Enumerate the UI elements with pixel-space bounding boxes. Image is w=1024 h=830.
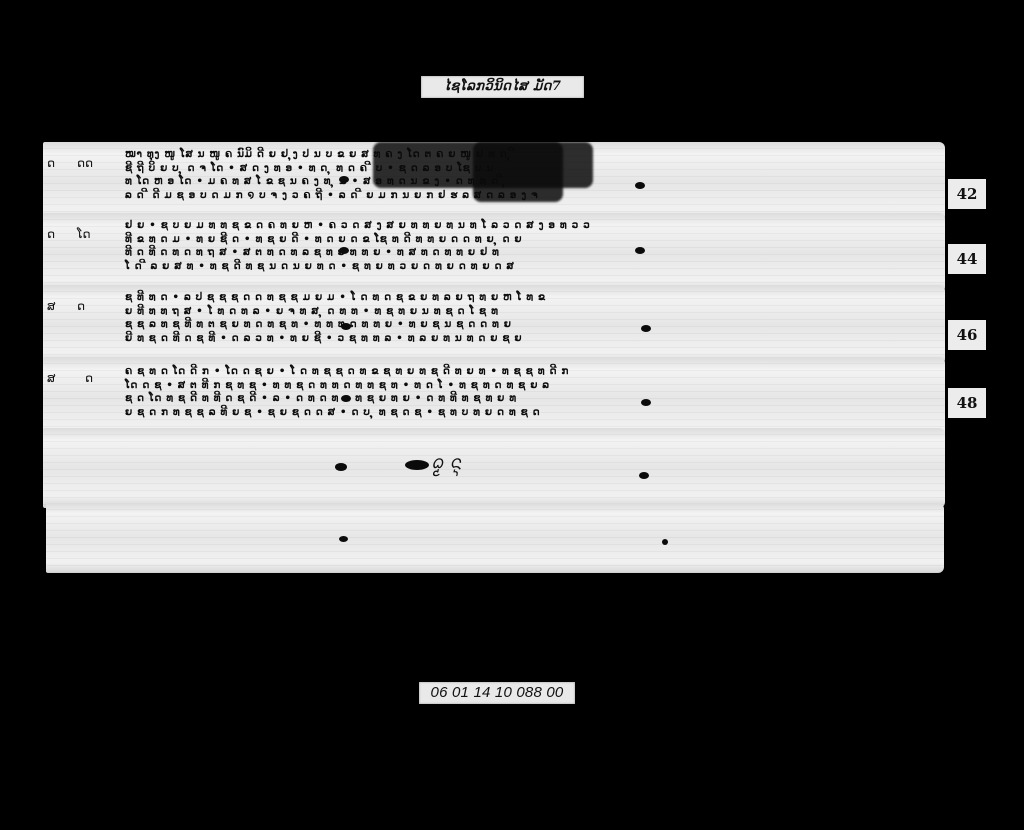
binding-hole [339,536,348,542]
palm-leaf-page-46: ສ ດ ຊ ທີ ທ ດ • ລ ປ ຊ ຊ ຊ ດ ດ ທ ຊ ຊ ມ ຍ ມ… [43,285,945,365]
text-line: ຢ ຍ • ຊ ບ ຍ ມ ທ ທ ຊ ຂ ດ ຄ ທ ຍ ຫ • ຄ ວ ດ … [125,219,905,233]
margin-mark: ດດ [77,156,93,170]
palm-leaf-page-44: ດ ໂດ ຢ ຍ • ຊ ບ ຍ ມ ທ ທ ຊ ຂ ດ ຄ ທ ຍ ຫ • ຄ… [43,213,945,293]
text-line: ຄ ຊ ທ ດ ໂດ ດີ ກ • ໂດ ດ ຊ ຍ • ໂ ດ ທ ຊ ຊ ດ… [125,365,905,379]
cover-inscription: ᨵ᩠ᨾ᩠ᨾ ᨶ᩠ᨶ [431,450,461,478]
binding-hole [635,182,645,189]
margin-mark: ສ [47,299,55,313]
text-line: ຊ ຊ ລ ທ ຊ ທີ ທ ຕ ຊ ຍ ທ ດ ທ ຊ ທ • ທ ທ ທ ດ… [125,318,905,332]
text-line: ຊ ທີ ທ ດ • ລ ປ ຊ ຊ ຊ ດ ດ ທ ຊ ຊ ມ ຍ ມ • ໂ… [125,291,905,305]
margin-mark: ສ [47,371,55,385]
margin-mark: ດ [85,371,93,385]
damaged-dark-area [473,142,563,202]
binding-hole [339,247,349,254]
margin-mark: ດ [47,156,55,170]
page-number-tag: 44 [948,244,986,274]
binding-hole [335,463,347,471]
margin-mark: ໂດ [77,227,91,241]
margin-mark: ດ [77,299,85,313]
page-number-tag: 48 [948,388,986,418]
text-line: ໂ ດ ີ ລ ຍ ສ ທ • ທ ຊ ດີ ທ ຊ ນ ດ ນ ຍ ທ ດ •… [125,260,905,274]
text-line: ທີ ຂ ທ ດ ມ • ທ ຍ ຊີ ດ • ທ ຊ ຍ ດີ • ທ ດ ຍ… [125,233,905,247]
palm-leaf-blank [46,503,944,573]
palm-leaf-page-42: ດ ດດ ໝາ ທຸງ ໜູ ໂສ ນ ໜູ ຄ ນົມິ ດີ ຍ ຢ ຸງ … [43,142,945,222]
manuscript-text: ຄ ຊ ທ ດ ໂດ ດີ ກ • ໂດ ດ ຊ ຍ • ໂ ດ ທ ຊ ຊ ດ… [125,365,905,419]
page-number-tag: 46 [948,320,986,350]
binding-hole [641,325,651,332]
text-line: ຍີ ທ ຊ ດ ທີ ດ ຊ ທີ • ດ ລ ວ ທ • ທ ຍ ຊີ • … [125,332,905,346]
catalog-number-label: 06 01 14 10 088 00 [419,682,575,704]
title-label: ໄຊໂລກວິນິດໄສ ມັດ7 [421,76,584,98]
binding-hole [641,399,651,406]
text-line: ຊ ດ ໂດ ທ ຊ ດີ ທ ທີ ດ ຊ ດີ • ລ • ດ ທ ດ ທ … [125,392,905,406]
ink-smear [405,460,429,470]
text-line: ໂດ ດ ຊ • ສ ຕ ທີ ກ ຊ ທ ຊ • ທ ທ ຊ ດ ທ ທ ດ … [125,379,905,393]
binding-hole [341,323,351,330]
text-line: ທີ ດ ທີ ດ ທ ດ ທ ຖ ສ • ສ ຕ ທ ດ ທ ລ ຊ ທ ຍ … [125,246,905,260]
text-line: ຍ ຊ ດ ກ ທ ຊ ຊ ລ ທີ ຍ ຊ • ຊ ຍ ຊ ດ ດ ສ • ດ… [125,406,905,420]
palm-leaf-cover: ᨵ᩠ᨾ᩠ᨾ ᨶ᩠ᨶ [43,428,945,508]
page-number-tag: 42 [948,179,986,209]
binding-hole [635,247,645,254]
binding-hole [662,539,668,545]
binding-hole [639,472,649,479]
binding-hole [341,395,351,402]
manuscript-text: ຊ ທີ ທ ດ • ລ ປ ຊ ຊ ຊ ດ ດ ທ ຊ ຊ ມ ຍ ມ • ໂ… [125,291,905,345]
manuscript-text: ຢ ຍ • ຊ ບ ຍ ມ ທ ທ ຊ ຂ ດ ຄ ທ ຍ ຫ • ຄ ວ ດ … [125,219,905,273]
binding-hole [339,176,349,183]
margin-mark: ດ [47,227,55,241]
text-line: ຍ ທີ ທ ທ ຖ ສ • ໂ ທ ດ ທ ລ • ຍ ຈ ທ ສ ຸ ດ ທ… [125,305,905,319]
